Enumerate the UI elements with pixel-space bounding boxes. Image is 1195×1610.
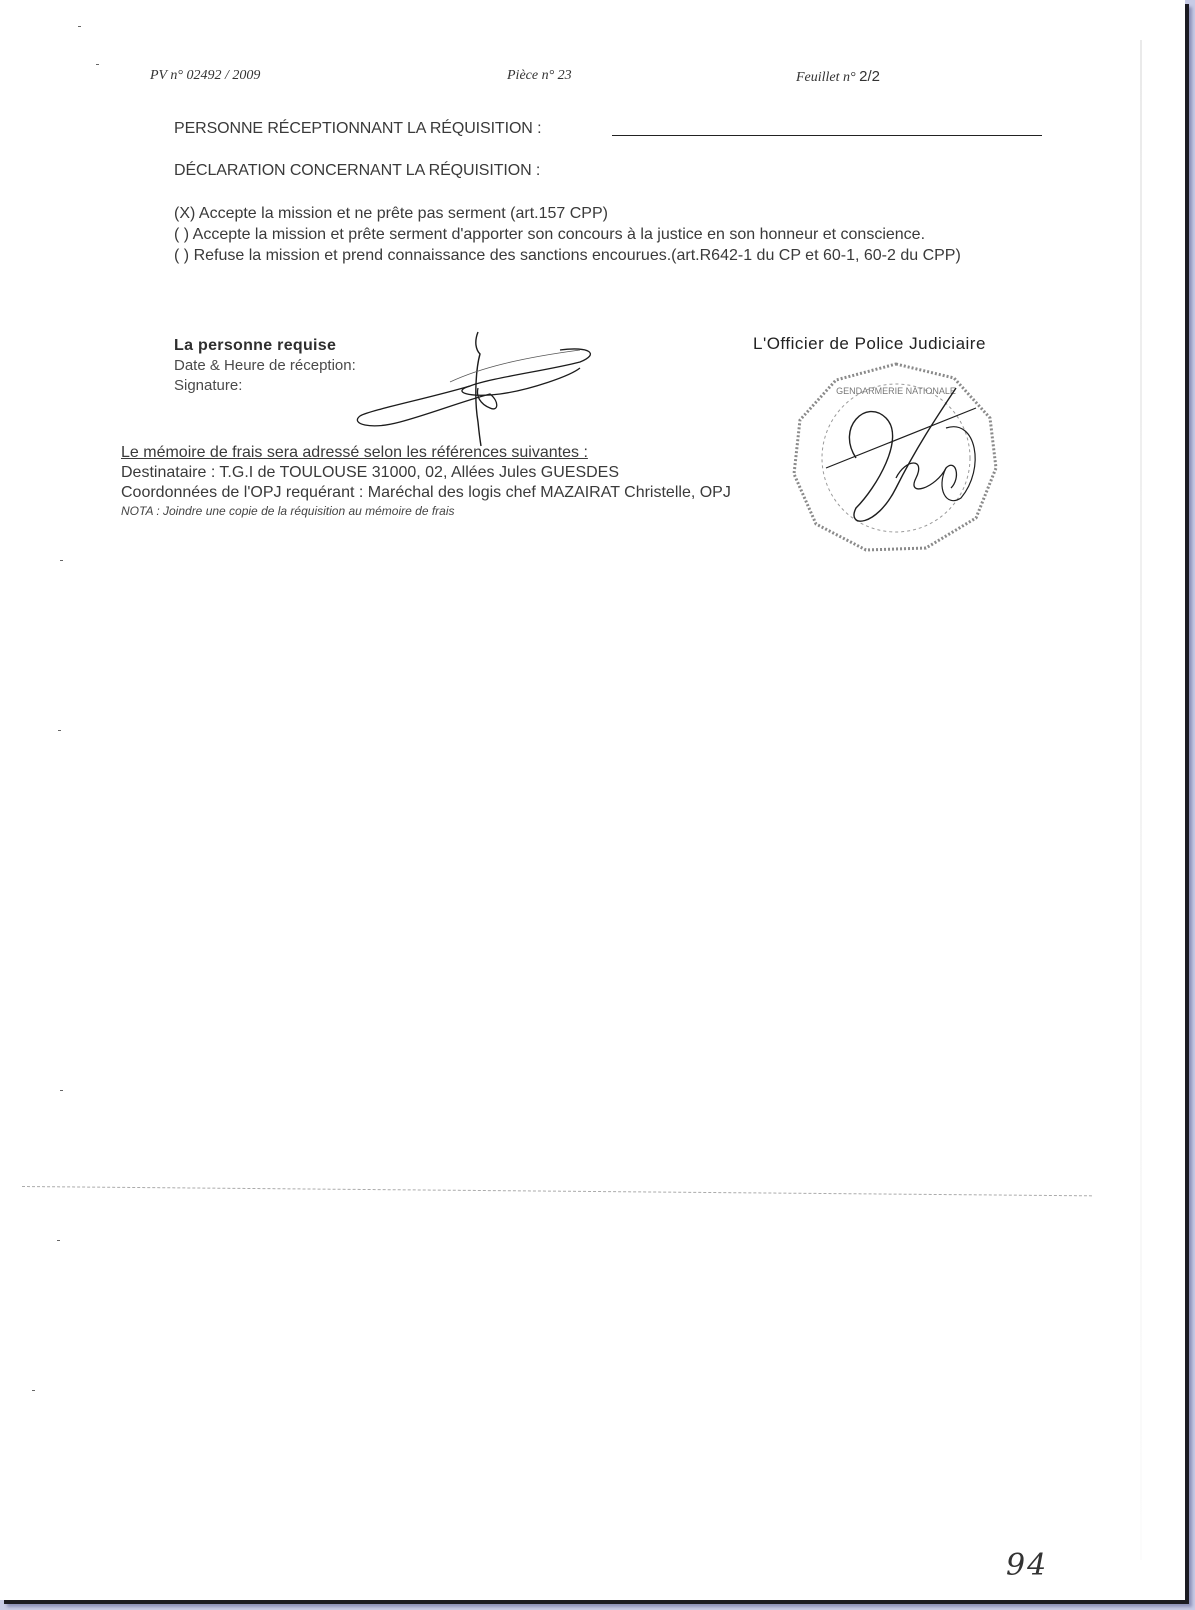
- officier-title: L'Officier de Police Judiciaire: [753, 334, 986, 354]
- declaration-label: DÉCLARATION CONCERNANT LA RÉQUISITION :: [174, 162, 540, 180]
- scan-speck: [57, 1240, 60, 1241]
- pv-number: PV n° 02492 / 2009: [150, 68, 260, 84]
- references-block: Le mémoire de frais sera adressé selon l…: [121, 443, 731, 519]
- declaration-options: (X) Accepte la mission et ne prête pas s…: [174, 203, 1044, 266]
- scan-speck: [32, 1390, 35, 1391]
- official-stamp-icon: GENDARMERIE NATIONALE: [786, 358, 1006, 558]
- document-page: PV n° 02492 / 2009 Pièce n° 23 Feuillet …: [0, 0, 1185, 1600]
- scan-fold-line: [22, 1186, 1092, 1196]
- option-accepte-sans-serment[interactable]: (X) Accepte la mission et ne prête pas s…: [174, 203, 1044, 224]
- feuillet-prefix: Feuillet n°: [796, 70, 856, 85]
- feuillet-number: Feuillet n° 2/2: [796, 68, 880, 86]
- scan-speck: [60, 560, 63, 561]
- checkbox-marker-checked[interactable]: (X): [174, 205, 195, 222]
- checkbox-marker[interactable]: ( ): [174, 226, 189, 243]
- scan-speck: [96, 64, 99, 65]
- scan-speck: [78, 26, 81, 27]
- option-refuse[interactable]: ( ) Refuse la mission et prend connaissa…: [174, 245, 1044, 266]
- option-text: Accepte la mission et ne prête pas serme…: [199, 205, 608, 222]
- handwritten-page-number: 94: [1006, 1548, 1048, 1583]
- feuillet-value: 2/2: [859, 68, 880, 85]
- personne-requise-title: La personne requise: [174, 337, 336, 355]
- signature-requise-icon: [350, 328, 610, 448]
- scan-speck: [60, 1090, 63, 1091]
- coordonnees-opj-line: Coordonnées de l'OPJ requérant : Marécha…: [121, 483, 731, 503]
- checkbox-marker[interactable]: ( ): [174, 247, 189, 264]
- stamp-text: GENDARMERIE NATIONALE: [836, 386, 956, 396]
- piece-number: Pièce n° 23: [507, 68, 572, 84]
- scan-speck: [58, 730, 61, 731]
- option-accepte-avec-serment[interactable]: ( ) Accepte la mission et prête serment …: [174, 224, 1044, 245]
- personne-receptionnant-field[interactable]: [612, 135, 1042, 136]
- scan-edge-artifact: [1140, 40, 1142, 1560]
- date-heure-label: Date & Heure de réception:: [174, 357, 356, 374]
- signature-label: Signature:: [174, 377, 242, 394]
- destinataire-line: Destinataire : T.G.I de TOULOUSE 31000, …: [121, 463, 731, 483]
- option-text: Refuse la mission et prend connaissance …: [194, 247, 961, 264]
- option-text: Accepte la mission et prête serment d'ap…: [193, 226, 925, 243]
- references-intro: Le mémoire de frais sera adressé selon l…: [121, 443, 731, 463]
- nota-line: NOTA : Joindre une copie de la réquisiti…: [121, 503, 731, 519]
- personne-receptionnant-label: PERSONNE RÉCEPTIONNANT LA RÉQUISITION :: [174, 120, 541, 138]
